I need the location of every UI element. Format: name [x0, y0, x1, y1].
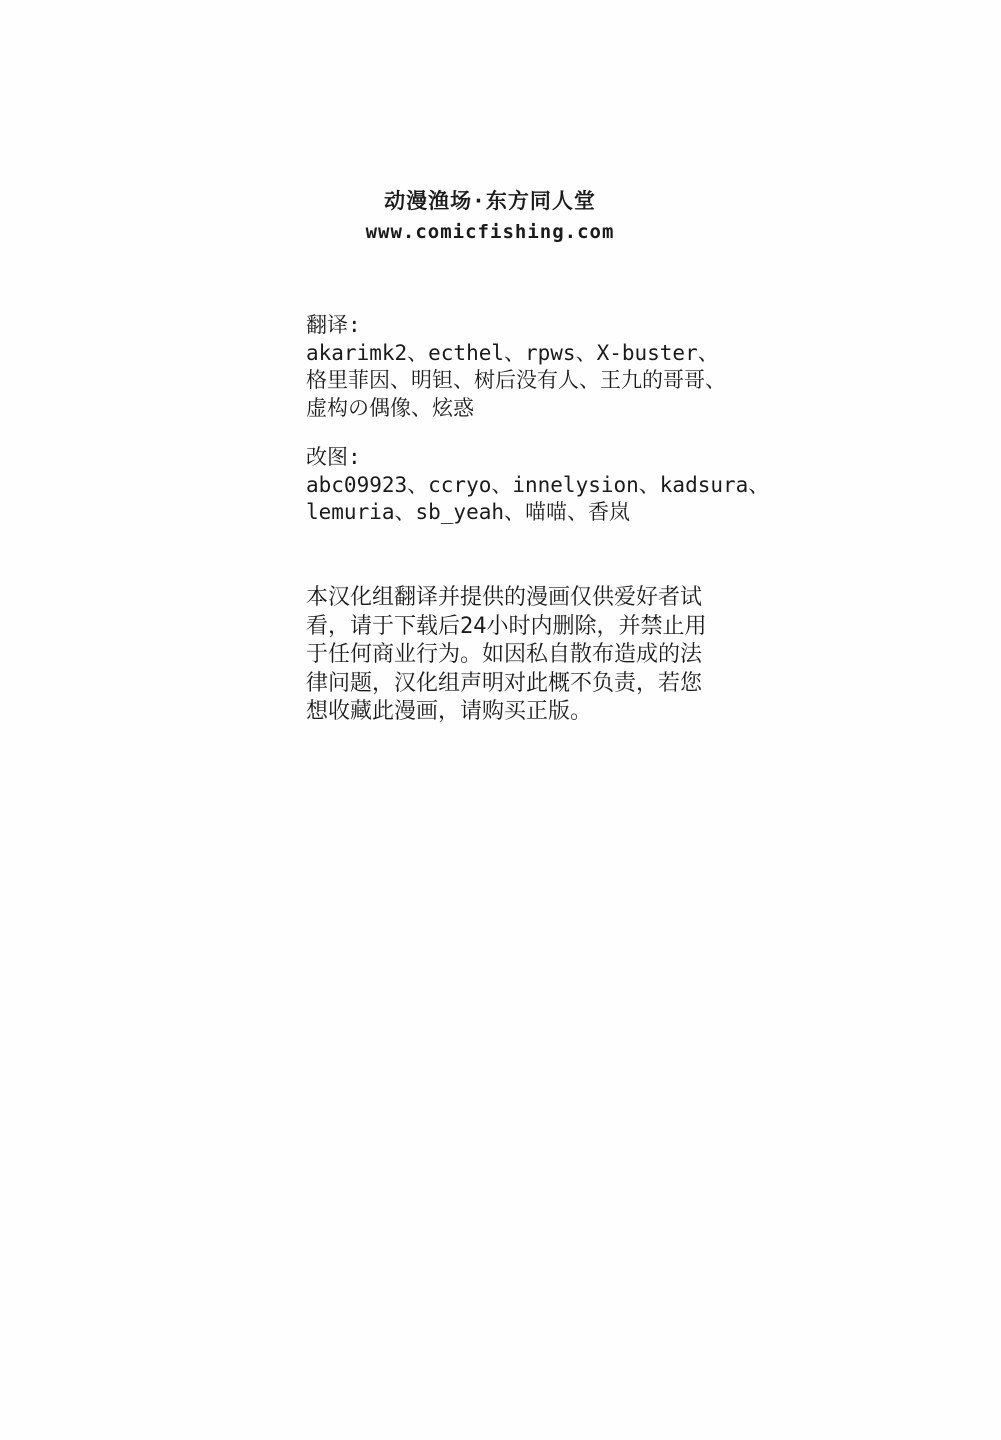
- disclaimer-paragraph: 本汉化组翻译并提供的漫画仅供爱好者试 看，请于下载后24小时内删除，并禁止用 于…: [306, 584, 746, 727]
- group-website-url: www.comicfishing.com: [0, 218, 980, 246]
- disclaimer-line: 看，请于下载后24小时内删除，并禁止用: [306, 613, 746, 642]
- group-title: 动漫渔场·东方同人堂: [0, 186, 980, 216]
- retouch-credits: 改图: abc09923、ccryo、innelysion、kadsura、 l…: [306, 444, 746, 527]
- translation-names-line: 虚构の偶像、炫惑: [306, 395, 746, 423]
- retouch-names-line: lemuria、sb_yeah、喵喵、香岚: [306, 499, 746, 527]
- translation-names-line: 格里菲因、明钽、树后没有人、王九的哥哥、: [306, 367, 746, 395]
- disclaimer-line: 本汉化组翻译并提供的漫画仅供爱好者试: [306, 584, 746, 613]
- retouch-heading: 改图:: [306, 444, 746, 472]
- translation-names-line: akarimk2、ecthel、rpws、X-buster、: [306, 340, 746, 368]
- credits-content: 翻译: akarimk2、ecthel、rpws、X-buster、 格里菲因、…: [306, 312, 746, 527]
- disclaimer-line: 律问题，汉化组声明对此概不负责，若您: [306, 670, 746, 699]
- group-header: 动漫渔场·东方同人堂 www.comicfishing.com: [0, 186, 980, 246]
- translation-credits: 翻译: akarimk2、ecthel、rpws、X-buster、 格里菲因、…: [306, 312, 746, 422]
- disclaimer-line: 于任何商业行为。如因私自散布造成的法: [306, 641, 746, 670]
- credits-page: 动漫渔场·东方同人堂 www.comicfishing.com 翻译: akar…: [0, 0, 1001, 1440]
- translation-heading: 翻译:: [306, 312, 746, 340]
- disclaimer-line: 想收藏此漫画，请购买正版。: [306, 698, 746, 727]
- retouch-names-line: abc09923、ccryo、innelysion、kadsura、: [306, 472, 746, 500]
